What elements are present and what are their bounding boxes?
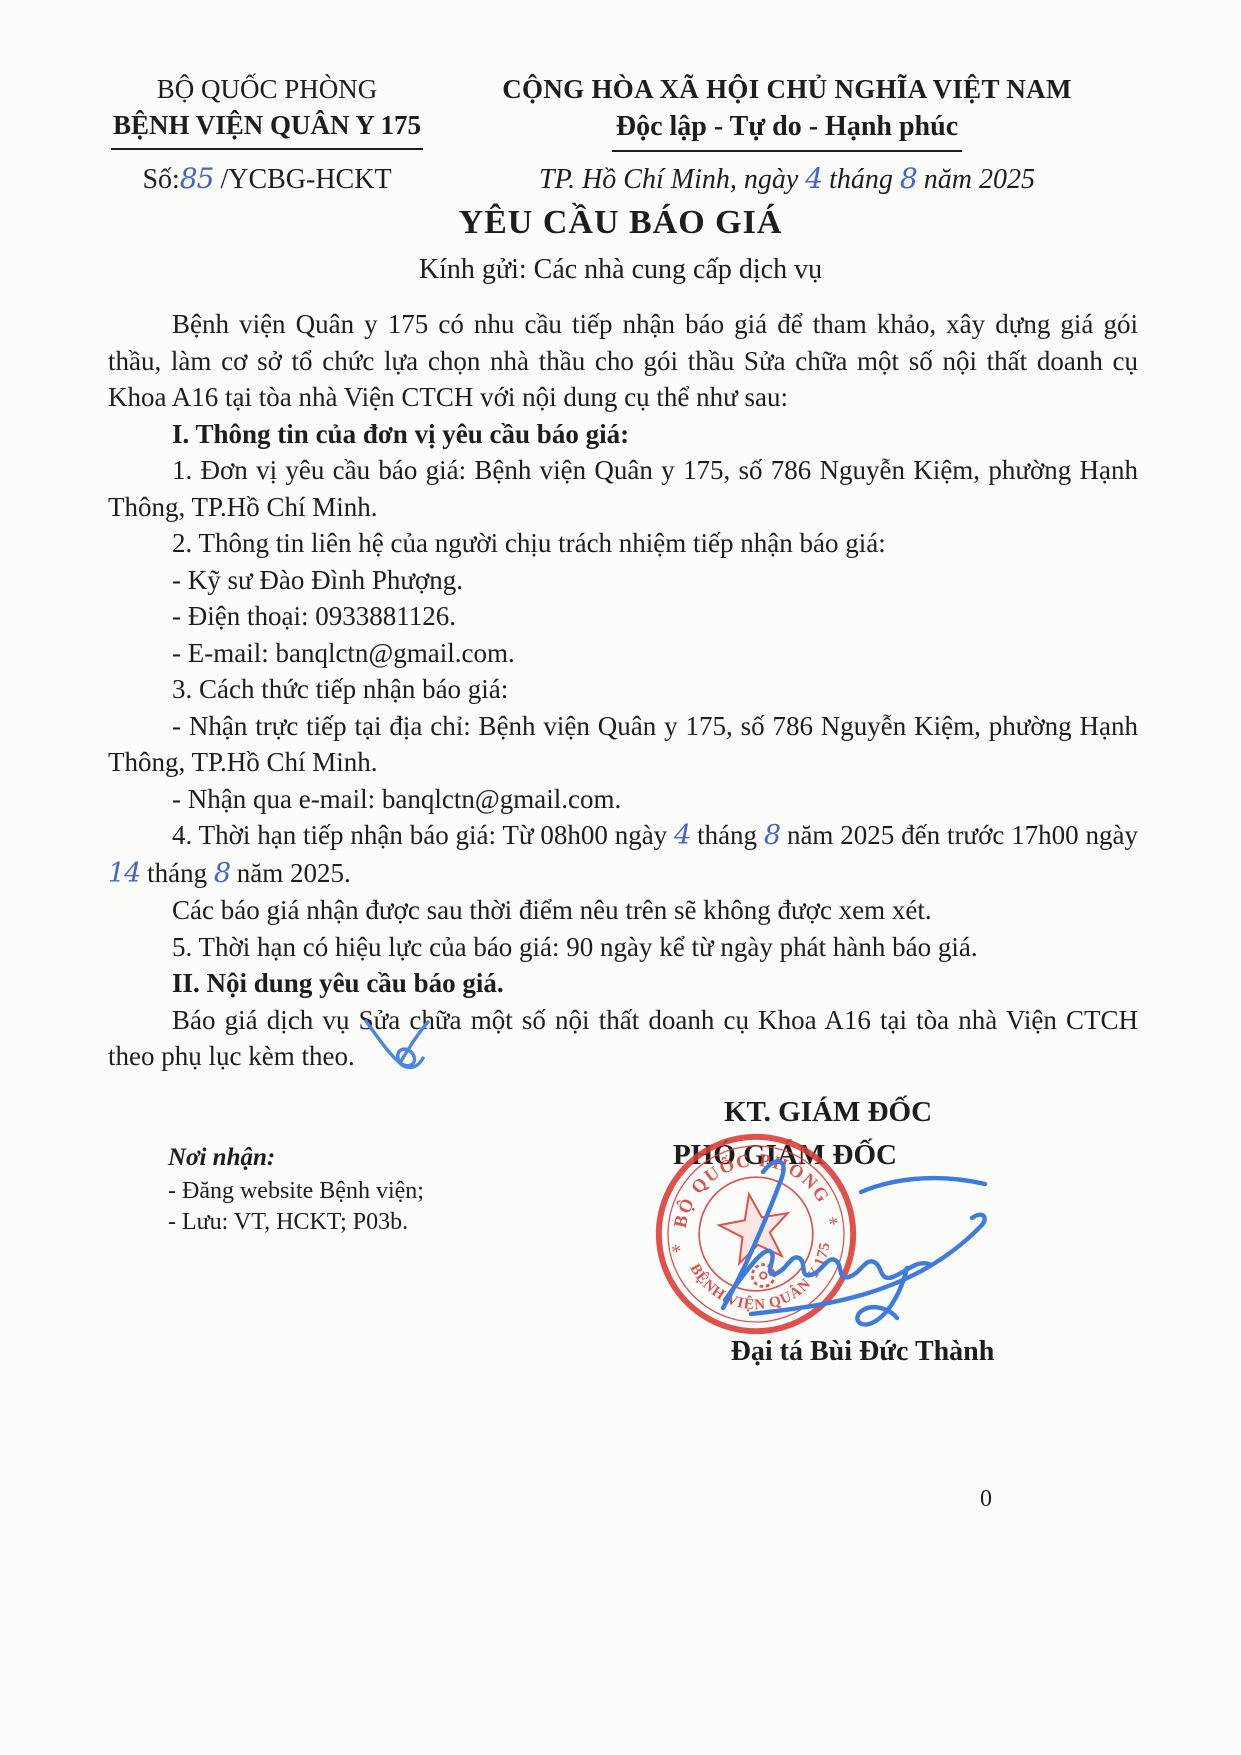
director-signature-icon xyxy=(693,1150,995,1330)
item-3a: - Nhận trực tiếp tại địa chỉ: Bệnh viện … xyxy=(108,708,1138,781)
document-number-line: Số:85 /YCBG-HCKT xyxy=(92,162,442,196)
signer-name: Đại tá Bùi Đức Thành xyxy=(700,1336,1025,1368)
page-number: 0 xyxy=(980,1486,992,1513)
intro-paragraph: Bệnh viện Quân y 175 có nhu cầu tiếp nhậ… xyxy=(108,306,1138,416)
item-2b: - Điện thoại: 0933881126. xyxy=(108,598,1138,635)
issuer-hospital: BỆNH VIỆN QUÂN Y 175 xyxy=(92,106,442,150)
national-motto: Độc lập - Tự do - Hạnh phúc xyxy=(462,106,1112,152)
section2-heading: II. Nội dung yêu cầu báo giá. xyxy=(108,965,1138,1002)
deadline-start-month-handwritten: 8 xyxy=(764,820,780,851)
paraph-mark-icon xyxy=(359,1016,433,1074)
content-paragraph: Báo giá dịch vụ Sửa chữa một số nội thất… xyxy=(108,1002,1138,1075)
deadline-end-day-handwritten: 14 xyxy=(108,858,140,889)
date-month-handwritten: 8 xyxy=(900,162,917,195)
issuer-ministry: BỘ QUỐC PHÒNG xyxy=(92,72,442,106)
document-page: BỘ QUỐC PHÒNG BỆNH VIỆN QUÂN Y 175 Số:85… xyxy=(0,0,1241,1755)
item-3b: - Nhận qua e-mail: banqlctn@gmail.com. xyxy=(108,781,1138,818)
item-1: 1. Đơn vị yêu cầu báo giá: Bệnh viện Quâ… xyxy=(108,452,1138,525)
date-day-handwritten: 4 xyxy=(805,162,822,195)
item-2a: - Kỹ sư Đào Đình Phượng. xyxy=(108,562,1138,599)
item-2c: - E-mail: banqlctn@gmail.com. xyxy=(108,635,1138,672)
salutation-line: Kính gửi: Các nhà cung cấp dịch vụ xyxy=(0,254,1241,286)
recipients-block: Nơi nhận: - Đăng website Bệnh viện; - Lư… xyxy=(168,1142,424,1238)
so-suffix: /YCBG-HCKT xyxy=(220,164,391,195)
issuer-block: BỘ QUỐC PHÒNG BỆNH VIỆN QUÂN Y 175 Số:85… xyxy=(92,72,442,196)
recipients-heading: Nơi nhận: xyxy=(168,1142,424,1173)
national-title: CỘNG HÒA XÃ HỘI CHỦ NGHĨA VIỆT NAM xyxy=(462,72,1112,106)
so-number-handwritten: 85 xyxy=(180,162,214,195)
item-2: 2. Thông tin liên hệ của người chịu trác… xyxy=(108,525,1138,562)
recipient-item: - Đăng website Bệnh viện; xyxy=(168,1176,424,1207)
deadline-start-day-handwritten: 4 xyxy=(674,820,690,851)
so-label: Số: xyxy=(142,164,179,195)
national-motto-block: CỘNG HÒA XÃ HỘI CHỦ NGHĨA VIỆT NAM Độc l… xyxy=(462,72,1112,196)
late-quote-note: Các báo giá nhận được sau thời điểm nêu … xyxy=(108,892,1138,929)
item-3: 3. Cách thức tiếp nhận báo giá: xyxy=(108,671,1138,708)
item-5: 5. Thời hạn có hiệu lực của báo giá: 90 … xyxy=(108,929,1138,966)
document-body: Bệnh viện Quân y 175 có nhu cầu tiếp nhậ… xyxy=(108,306,1138,1075)
document-title: YÊU CẦU BÁO GIÁ xyxy=(0,204,1241,242)
item-4: 4. Thời hạn tiếp nhận báo giá: Từ 08h00 … xyxy=(108,817,1138,892)
section1-heading: I. Thông tin của đơn vị yêu cầu báo giá: xyxy=(108,416,1138,453)
recipient-item: - Lưu: VT, HCKT; P03b. xyxy=(168,1207,424,1238)
deadline-end-month-handwritten: 8 xyxy=(214,858,230,889)
place-date-line: TP. Hồ Chí Minh, ngày 4 tháng 8 năm 2025 xyxy=(462,162,1112,196)
